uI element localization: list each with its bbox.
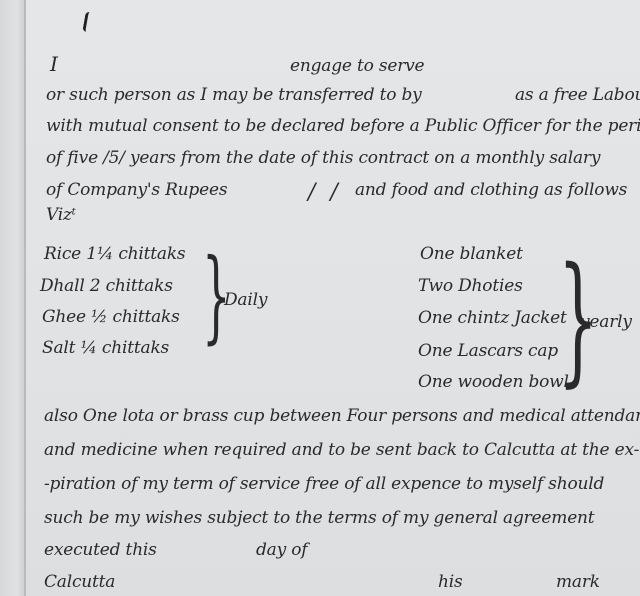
clothing-item: One wooden bowl — [418, 372, 569, 392]
line-expiration: -piration of my term of service free of … — [44, 474, 604, 494]
clothing-item: Two Dhoties — [418, 276, 523, 296]
signature-mark: mark — [556, 572, 600, 592]
line-free-labourer: as a free Labourer — [515, 85, 640, 105]
ration-item: Salt ¼ chittaks — [42, 338, 169, 358]
ration-item: Dhall 2 chittaks — [40, 276, 173, 296]
clothing-item: One chintz Jacket — [418, 308, 567, 328]
salary-blank: / / — [308, 180, 342, 205]
clothing-item: One Lascars cap — [418, 341, 558, 361]
clothing-item: One blanket — [420, 244, 523, 264]
line-food-clothing: and food and clothing as follows — [355, 180, 627, 200]
opening-pronoun: I — [50, 52, 58, 76]
ration-item: Rice 1¼ chittaks — [44, 244, 185, 264]
daily-label: Daily — [224, 290, 267, 310]
line-five-years: of five /5/ years from the date of this … — [46, 148, 600, 168]
line-mutual-consent: with mutual consent to be declared befor… — [46, 116, 640, 136]
ration-item: Ghee ½ chittaks — [42, 307, 180, 327]
line-medicine: and medicine when required and to be sen… — [44, 440, 639, 460]
signature-his: his — [438, 572, 463, 592]
line-wishes: such be my wishes subject to the terms o… — [44, 508, 594, 528]
yearly-label: yearly — [580, 312, 632, 332]
line-viz: Vizᵗ — [46, 205, 76, 225]
opening-engage: engage to serve — [290, 56, 424, 76]
line-calcutta: Calcutta — [44, 572, 115, 592]
line-company-rupees: of Company's Rupees — [46, 180, 227, 200]
line-executed: executed this — [44, 540, 157, 560]
adjacent-page-strip — [0, 0, 24, 596]
line-transferred: or such person as I may be transferred t… — [46, 85, 422, 105]
line-lota: also One lota or brass cup between Four … — [44, 406, 640, 426]
line-day-of: day of — [256, 540, 307, 560]
